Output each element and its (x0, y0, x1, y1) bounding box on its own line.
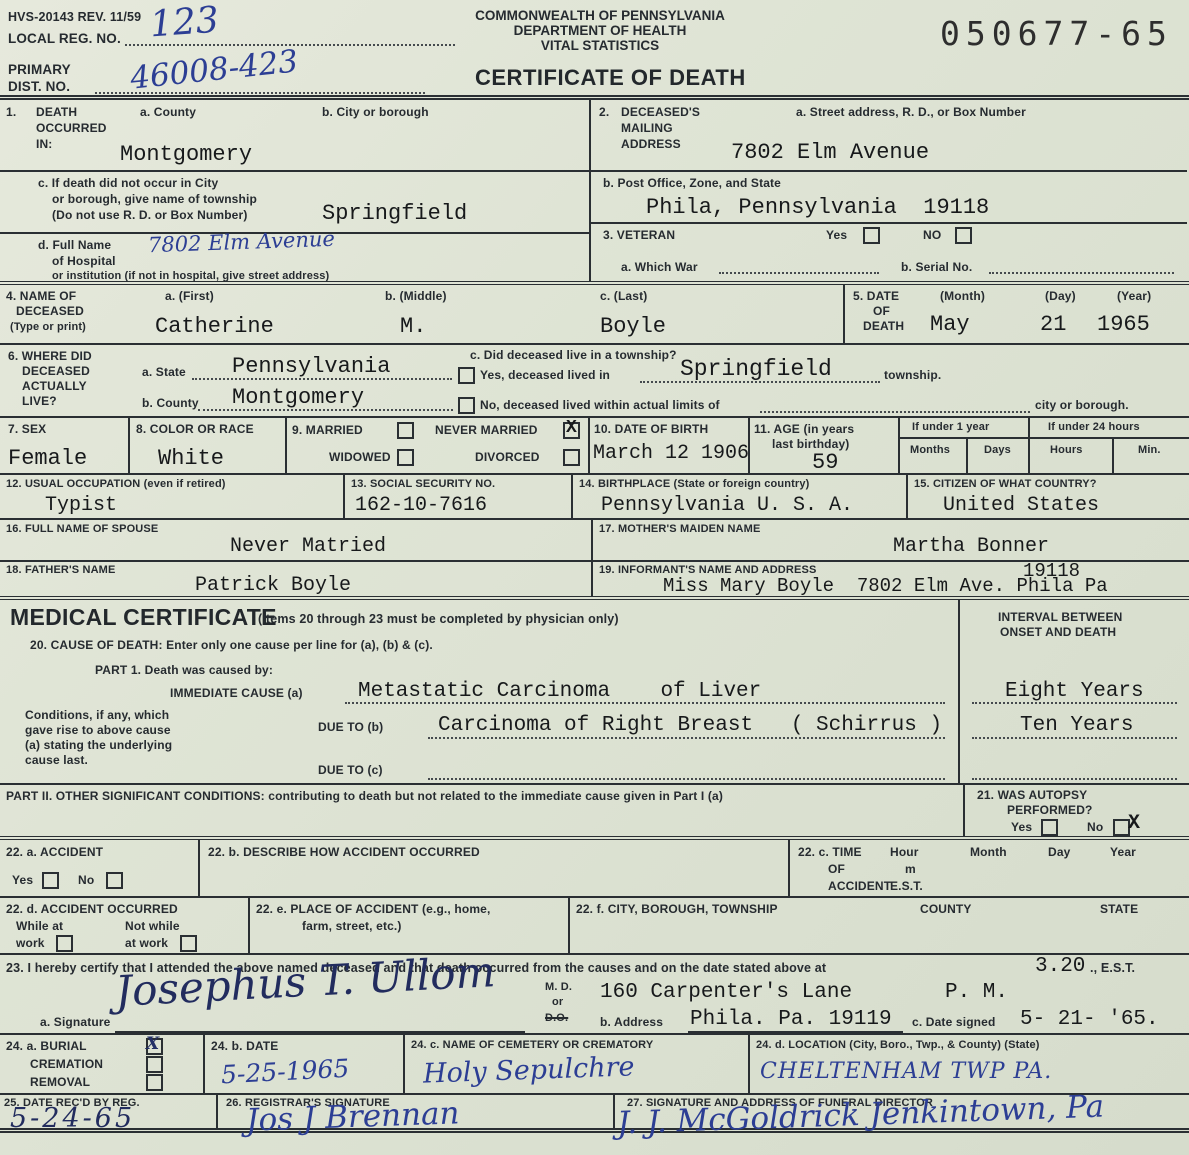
s22f-label: 22. f. CITY, BOROUGH, TOWNSHIP (576, 902, 778, 916)
s24-burial-x-mark: X (146, 1034, 159, 1054)
s2-postoffice-label: b. Post Office, Zone, and State (603, 176, 781, 190)
conditions-line4: cause last. (25, 753, 88, 767)
s22d-while-at-label: While at (16, 919, 63, 933)
row-section-22def: 22. d. ACCIDENT OCCURRED While at work N… (0, 898, 1189, 955)
s5-day-label: (Day) (1045, 289, 1076, 303)
min-label: Min. (1138, 444, 1161, 456)
interval-column: INTERVAL BETWEEN ONSET AND DEATH Eight Y… (960, 600, 1189, 783)
s5-year-label: (Year) (1117, 289, 1151, 303)
under-1-year-label: If under 1 year (912, 421, 989, 433)
section-8-color-or-race: 8. COLOR OR RACE White (130, 418, 287, 473)
section-6-residence: 6. WHERE DID DECEASED ACTUALLY LIVE? a. … (0, 345, 1189, 418)
section-22e-place-of-accident: 22. e. PLACE OF ACCIDENT (e.g., home, fa… (250, 898, 570, 953)
row-sections-18-19: 18. FATHER'S NAME Patrick Boyle 19. INFO… (0, 562, 1189, 600)
s1-hospital-value-handwritten: 7802 Elm Avenue (148, 227, 336, 258)
s22f-county-label: COUNTY (920, 902, 972, 916)
s2-label-2: MAILING (621, 121, 673, 135)
under-1-year-divider (966, 437, 968, 473)
s6-label-3: ACTUALLY (22, 379, 87, 393)
s16-label: 16. FULL NAME OF SPOUSE (6, 523, 158, 535)
section-19-informant: 19. INFORMANT'S NAME AND ADDRESS 19118 M… (593, 562, 1189, 596)
s22d-work-label: work (16, 936, 45, 950)
s23-time-value: 3.20 (1035, 955, 1085, 978)
s1-d-line3: or institution (if not in hospital, give… (52, 270, 329, 282)
form-number: HVS-20143 REV. 11/59 (8, 10, 141, 24)
s9-divorced-label: DIVORCED (475, 450, 540, 464)
s3-yes-checkbox (863, 227, 880, 244)
section-2-3-mailing-veteran: 2. DECEASED'S MAILING ADDRESS a. Street … (591, 100, 1189, 281)
section-26-registrar-signature: 26. REGISTRAR'S SIGNATURE Jos J Brennan (218, 1095, 615, 1128)
s6-state-label: a. State (142, 365, 186, 379)
s3-serial-dotline (989, 272, 1174, 274)
row-sections-25-27: 25. DATE REC'D BY REG. 5-24-65 26. REGIS… (0, 1095, 1189, 1133)
cause-c-dotline (428, 778, 945, 780)
s6-city-borough-suffix: city or borough. (1035, 398, 1129, 412)
certificate-number-stamp: 050677-65 (940, 14, 1173, 53)
s21-label-1: 21. WAS AUTOPSY (977, 788, 1087, 802)
s23-time-suffix: ., E.S.T. (1090, 961, 1135, 975)
section-9-marital-status: 9. MARRIED NEVER MARRIED X WIDOWED DIVOR… (287, 418, 590, 473)
section-24b-date: 24. b. DATE 5-25-1965 (205, 1035, 405, 1093)
s22c-label-2: OF (828, 862, 845, 876)
s22d-at-work-label: at work (125, 936, 168, 950)
section-22f-city-county-state: 22. f. CITY, BOROUGH, TOWNSHIP COUNTY ST… (570, 898, 1189, 953)
section-22a-accident: 22. a. ACCIDENT Yes No (0, 840, 200, 896)
due-to-b-label: DUE TO (b) (318, 720, 383, 734)
s15-value: United States (943, 494, 1099, 517)
s2-rule-1 (591, 170, 1187, 172)
s1-d-line1: d. Full Name (38, 238, 111, 252)
conditions-line3: (a) stating the underlying (25, 738, 172, 752)
s6-yes-checkbox (458, 367, 475, 384)
medical-certificate-subtitle: (Items 20 through 23 must be completed b… (258, 612, 619, 626)
s7-label: 7. SEX (8, 422, 46, 436)
s26-signature-handwritten: Jos J Brennan (245, 1095, 460, 1138)
cause-b-dotline (428, 737, 945, 739)
s1-num: 1. (6, 105, 16, 119)
s1-rule-1 (0, 170, 589, 172)
s11-label-2: last birthday) (772, 437, 849, 451)
section-23-certification: 23. I hereby certify that I attended the… (0, 955, 1189, 1035)
s3-no-label: NO (923, 228, 941, 242)
s6-yes-value: Springfield (680, 356, 832, 382)
s2-num: 2. (599, 105, 609, 119)
dist-no-label: DIST. NO. (8, 79, 70, 94)
s23-address-label: b. Address (600, 1015, 663, 1029)
medical-certificate-main: MEDICAL CERTIFICATE (Items 20 through 23… (0, 600, 960, 783)
under-1-year-rule (900, 437, 1028, 439)
s22c-day-label: Day (1048, 845, 1070, 859)
s2-label-1: DECEASED'S (621, 105, 700, 119)
department-line: DEPARTMENT OF HEALTH (390, 23, 810, 38)
header-center: COMMONWEALTH OF PENNSYLVANIA DEPARTMENT … (390, 8, 810, 53)
s4-first-label: a. (First) (165, 289, 214, 303)
part1-label: PART 1. Death was caused by: (95, 663, 273, 677)
s5-day-value: 21 (1040, 312, 1066, 337)
s1-d-line2: of Hospital (52, 254, 116, 268)
s24d-label: 24. d. LOCATION (City, Boro., Twp., & Co… (756, 1039, 1040, 1051)
bottom-margin (0, 1133, 1189, 1155)
s23-date-signed-label: c. Date signed (912, 1015, 995, 1029)
s23-pm-value: P. M. (945, 981, 1008, 1004)
s22d-while-checkbox (56, 935, 73, 952)
under-24-hours-label: If under 24 hours (1048, 421, 1140, 433)
local-reg-value-handwritten: 123 (149, 0, 220, 45)
section-22b-describe-accident: 22. b. DESCRIBE HOW ACCIDENT OCCURRED (200, 840, 790, 896)
s22c-hour-label: Hour (890, 845, 919, 859)
s25-value-handwritten: 5-24-65 (10, 1103, 135, 1134)
interval-a-value: Eight Years (1005, 680, 1144, 703)
s21-no-x-mark: X (1128, 812, 1140, 835)
s19-value: Miss Mary Boyle 7802 Elm Ave. Phila Pa (663, 575, 1108, 597)
s22f-state-label: STATE (1100, 902, 1138, 916)
s9-never-married-x-mark: X (566, 418, 577, 438)
s2-street-label: a. Street address, R. D., or Box Number (796, 105, 1026, 119)
s11-value: 59 (812, 450, 838, 475)
s1-label-1: DEATH (36, 105, 77, 119)
s9-divorced-checkbox (563, 449, 580, 466)
immediate-cause-label: IMMEDIATE CAUSE (a) (170, 686, 303, 700)
death-certificate: HVS-20143 REV. 11/59 LOCAL REG. NO. 123 … (0, 0, 1189, 1155)
dist-no-value-handwritten: 46008-423 (129, 43, 300, 96)
s5-label-2: OF (873, 304, 890, 318)
s23-address-value: Phila. Pa. 19119 (690, 1008, 892, 1031)
medical-certificate: MEDICAL CERTIFICATE (Items 20 through 23… (0, 600, 1189, 785)
s6-no-text: No, deceased lived within actual limits … (480, 398, 720, 412)
s12-value: Typist (45, 494, 117, 517)
s22c-label-1: 22. c. TIME (798, 845, 862, 859)
conditions-line1: Conditions, if any, which (25, 708, 169, 722)
s22c-m-label: m (905, 862, 916, 876)
s6-state-value: Pennsylvania (232, 354, 390, 379)
s15-label: 15. CITIZEN OF WHAT COUNTRY? (914, 478, 1097, 490)
s4-label-3: (Type or print) (10, 321, 86, 333)
days-label: Days (984, 444, 1011, 456)
row-section-22abc: 22. a. ACCIDENT Yes No 22. b. DESCRIBE H… (0, 840, 1189, 898)
section-4-name-of-deceased: 4. NAME OF DECEASED (Type or print) a. (… (0, 285, 845, 343)
s5-month-value: May (930, 312, 970, 337)
s21-yes-label: Yes (1011, 820, 1032, 834)
s4-last-value: Boyle (600, 314, 666, 339)
s23-do-label: D.O. (545, 1012, 568, 1024)
s4-label-2: DECEASED (16, 304, 84, 318)
s6-township-suffix: township. (884, 368, 941, 382)
s18-value: Patrick Boyle (195, 574, 351, 597)
s5-label-1: 5. DATE (853, 289, 899, 303)
s23-address-rule (688, 1031, 903, 1033)
s2-rule-2 (591, 222, 1187, 224)
s6-label-2: DECEASED (22, 364, 90, 378)
cause-a-value: Metastatic Carcinoma of Liver (358, 680, 761, 703)
section-15-citizen: 15. CITIZEN OF WHAT COUNTRY? United Stat… (908, 475, 1189, 518)
interval-c-dotline (972, 778, 1177, 780)
s21-yes-checkbox (1041, 819, 1058, 836)
primary-label: PRIMARY (8, 62, 71, 77)
s22a-no-checkbox (106, 872, 123, 889)
s1-county-value: Montgomery (120, 142, 252, 167)
s6-no-dotline (760, 411, 1030, 413)
s22d-label: 22. d. ACCIDENT OCCURRED (6, 902, 178, 916)
section-22d-accident-occurred: 22. d. ACCIDENT OCCURRED While at work N… (0, 898, 250, 953)
s9-married-label: 9. MARRIED (292, 423, 363, 437)
medical-certificate-title: MEDICAL CERTIFICATE (10, 604, 277, 631)
s22e-label-2: farm, street, etc.) (302, 919, 402, 933)
s24d-value-handwritten: CHELTENHAM TWP PA. (760, 1059, 1052, 1084)
s3-war-dotline (719, 272, 879, 274)
local-reg-label: LOCAL REG. NO. (8, 31, 121, 46)
row-sections-7-11: 7. SEX Female 8. COLOR OR RACE White 9. … (0, 418, 1189, 475)
s12-label: 12. USUAL OCCUPATION (even if retired) (6, 478, 226, 490)
s4-middle-value: M. (400, 314, 426, 339)
interval-label-1: INTERVAL BETWEEN (998, 610, 1122, 624)
s20-cause-of-death-label: 20. CAUSE OF DEATH: Enter only one cause… (30, 638, 433, 652)
section-17-mothers-maiden-name: 17. MOTHER'S MAIDEN NAME Martha Bonner (593, 520, 1189, 560)
s8-value: White (158, 446, 224, 471)
s6-county-value: Montgomery (232, 385, 364, 410)
row-sections-1-3: 1. DEATH OCCURRED IN: a. County b. City … (0, 100, 1189, 285)
s14-value: Pennsylvania U. S. A. (601, 494, 853, 517)
s24-cremation-label: CREMATION (30, 1057, 103, 1071)
s21-no-label: No (1087, 820, 1103, 834)
s23-date-signed-value: 5- 21- '65. (1020, 1008, 1159, 1031)
s5-month-label: (Month) (940, 289, 985, 303)
s24b-value-handwritten: 5-25-1965 (220, 1054, 350, 1090)
interval-b-value: Ten Years (1020, 714, 1133, 737)
certificate-title: CERTIFICATE OF DEATH (475, 65, 746, 91)
s17-value: Martha Bonner (893, 535, 1049, 558)
section-5-date-of-death: 5. DATE OF DEATH (Month) (Day) (Year) Ma… (845, 285, 1189, 343)
due-to-c-label: DUE TO (c) (318, 763, 383, 777)
s4-middle-label: b. (Middle) (385, 289, 447, 303)
section-12-occupation: 12. USUAL OCCUPATION (even if retired) T… (0, 475, 345, 518)
under-24-hours-rule (1030, 437, 1189, 439)
s22a-label: 22. a. ACCIDENT (6, 845, 103, 859)
months-label: Months (910, 444, 950, 456)
s6-yes-text: Yes, deceased lived in (480, 368, 610, 382)
s1-city-label: b. City or borough (322, 105, 429, 119)
s6-label-1: 6. WHERE DID (8, 349, 92, 363)
part2-other-significant-conditions: PART II. OTHER SIGNIFICANT CONDITIONS: c… (0, 785, 965, 836)
s24c-label: 24. c. NAME OF CEMETERY OR CREMATORY (411, 1039, 653, 1051)
s22a-yes-label: Yes (12, 873, 33, 887)
s22d-not-while-label: Not while (125, 919, 180, 933)
s22a-yes-checkbox (42, 872, 59, 889)
section-11-under-1-year: If under 1 year Months Days (900, 418, 1030, 473)
section-21-autopsy: 21. WAS AUTOPSY PERFORMED? Yes No X (965, 785, 1189, 836)
interval-label-2: ONSET AND DEATH (1000, 625, 1116, 639)
vital-statistics-line: VITAL STATISTICS (390, 38, 810, 53)
s13-value: 162-10-7616 (355, 494, 487, 517)
part2-text: PART II. OTHER SIGNIFICANT CONDITIONS: c… (6, 789, 723, 803)
s6-no-checkbox (458, 397, 475, 414)
s6-label-4: LIVE? (22, 394, 57, 408)
row-part2-autopsy: PART II. OTHER SIGNIFICANT CONDITIONS: c… (0, 785, 1189, 840)
s22c-label-3: ACCIDENT (828, 879, 891, 893)
s4-first-value: Catherine (155, 314, 274, 339)
s21-label-2: PERFORMED? (1007, 803, 1093, 817)
row-section-24: 24. a. BURIAL X CREMATION REMOVAL 24. b.… (0, 1035, 1189, 1095)
section-11-age: 11. AGE (in years last birthday) 59 (750, 418, 900, 473)
s23-physician-signature: Josephus T. Ullom (114, 947, 496, 1016)
s22a-no-label: No (78, 873, 94, 887)
section-7-sex: 7. SEX Female (0, 418, 130, 473)
s9-widowed-checkbox (397, 449, 414, 466)
s9-never-married-label: NEVER MARRIED (435, 423, 538, 437)
s2-street-value: 7802 Elm Avenue (731, 140, 929, 165)
s23-signature-label: a. Signature (40, 1015, 110, 1029)
s1-county-label: a. County (140, 105, 196, 119)
s17-label: 17. MOTHER'S MAIDEN NAME (599, 523, 760, 535)
section-14-birthplace: 14. BIRTHPLACE (State or foreign country… (573, 475, 908, 518)
section-10-date-of-birth: 10. DATE OF BIRTH March 12 1906 (590, 418, 750, 473)
s3-veteran-label: 3. VETERAN (603, 228, 675, 242)
s3-yes-label: Yes (826, 228, 847, 242)
s22d-not-while-checkbox (180, 935, 197, 952)
s3-serial-label: b. Serial No. (901, 260, 972, 274)
s4-last-label: c. (Last) (600, 289, 647, 303)
s22c-month-label: Month (970, 845, 1007, 859)
s6-township-question: c. Did deceased live in a township? (470, 348, 677, 362)
section-24d-location: 24. d. LOCATION (City, Boro., Twp., & Co… (750, 1035, 1189, 1093)
s5-year-value: 1965 (1097, 312, 1150, 337)
section-13-social-security: 13. SOCIAL SECURITY NO. 162-10-7616 (345, 475, 573, 518)
section-24a-disposition: 24. a. BURIAL X CREMATION REMOVAL (0, 1035, 205, 1093)
s9-married-checkbox (397, 422, 414, 439)
s2-label-3: ADDRESS (621, 137, 681, 151)
s1-c-line3: (Do not use R. D. or Box Number) (52, 208, 247, 222)
section-24c-cemetery: 24. c. NAME OF CEMETERY OR CREMATORY Hol… (405, 1035, 750, 1093)
s8-label: 8. COLOR OR RACE (136, 422, 254, 436)
s14-label: 14. BIRTHPLACE (State or foreign country… (579, 478, 809, 490)
s1-c-line1: c. If death did not occur in City (38, 176, 218, 190)
section-11-under-24-hours: If under 24 hours Hours Min. (1030, 418, 1189, 473)
s9-widowed-label: WIDOWED (329, 450, 391, 464)
s24b-label: 24. b. DATE (211, 1039, 278, 1053)
section-16-spouse: 16. FULL NAME OF SPOUSE Never Matried (0, 520, 593, 560)
s24-cremation-checkbox (146, 1056, 163, 1073)
s10-label: 10. DATE OF BIRTH (594, 422, 708, 436)
s23-md-label: M. D. (545, 981, 572, 993)
row-sections-12-15: 12. USUAL OCCUPATION (even if retired) T… (0, 475, 1189, 520)
s11-label-1: 11. AGE (in years (754, 422, 854, 436)
row-sections-16-17: 16. FULL NAME OF SPOUSE Never Matried 17… (0, 520, 1189, 562)
s22e-label-1: 22. e. PLACE OF ACCIDENT (e.g., home, (256, 902, 490, 916)
s24c-value-handwritten: Holy Sepulchre (423, 1051, 635, 1089)
s10-value: March 12 1906 (593, 442, 749, 465)
section-22c-time-of-accident: 22. c. TIME Hour Month Day Year OF m ACC… (790, 840, 1189, 896)
s23-or-label: or (552, 996, 563, 1008)
s24-burial-label: 24. a. BURIAL (6, 1039, 87, 1053)
s24-removal-label: REMOVAL (30, 1075, 90, 1089)
s24-removal-checkbox (146, 1074, 163, 1091)
s4-label-1: 4. NAME OF (6, 289, 76, 303)
s1-township-value: Springfield (322, 201, 467, 226)
s1-label-3: IN: (36, 137, 52, 151)
s3-no-checkbox (955, 227, 972, 244)
section-25-date-received: 25. DATE REC'D BY REG. 5-24-65 (0, 1095, 218, 1128)
s1-label-2: OCCURRED (36, 121, 107, 135)
cause-b-value: Carcinoma of Right Breast ( Schirrus ) (438, 714, 942, 737)
s23-address-line1: 160 Carpenter's Lane (600, 981, 852, 1004)
section-1-death-occurred: 1. DEATH OCCURRED IN: a. County b. City … (0, 100, 591, 281)
hours-label: Hours (1050, 444, 1083, 456)
s2-postoffice-value: Phila, Pennsylvania 19118 (646, 195, 989, 220)
s22b-label: 22. b. DESCRIBE HOW ACCIDENT OCCURRED (208, 845, 480, 859)
s16-value: Never Matried (230, 535, 386, 558)
s6-county-label: b. County (142, 396, 199, 410)
s7-value: Female (8, 446, 87, 471)
under-24-hours-divider (1112, 437, 1114, 473)
commonwealth-line: COMMONWEALTH OF PENNSYLVANIA (390, 8, 810, 23)
s1-c-line2: or borough, give name of township (52, 192, 257, 206)
s13-label: 13. SOCIAL SECURITY NO. (351, 478, 495, 490)
header: HVS-20143 REV. 11/59 LOCAL REG. NO. 123 … (0, 0, 1189, 100)
interval-b-dotline (972, 737, 1177, 739)
section-27-funeral-director: 27. SIGNATURE AND ADDRESS OF FUNERAL DIR… (615, 1095, 1189, 1128)
s22c-year-label: Year (1110, 845, 1136, 859)
s23-signature-rule (115, 1031, 525, 1033)
conditions-line2: gave rise to above cause (25, 723, 171, 737)
row-sections-4-5: 4. NAME OF DECEASED (Type or print) a. (… (0, 285, 1189, 345)
section-18-fathers-name: 18. FATHER'S NAME Patrick Boyle (0, 562, 593, 596)
s5-label-3: DEATH (863, 319, 904, 333)
s18-label: 18. FATHER'S NAME (6, 564, 115, 576)
s22c-est-label: E.S.T. (890, 879, 923, 893)
s3-war-label: a. Which War (621, 260, 698, 274)
